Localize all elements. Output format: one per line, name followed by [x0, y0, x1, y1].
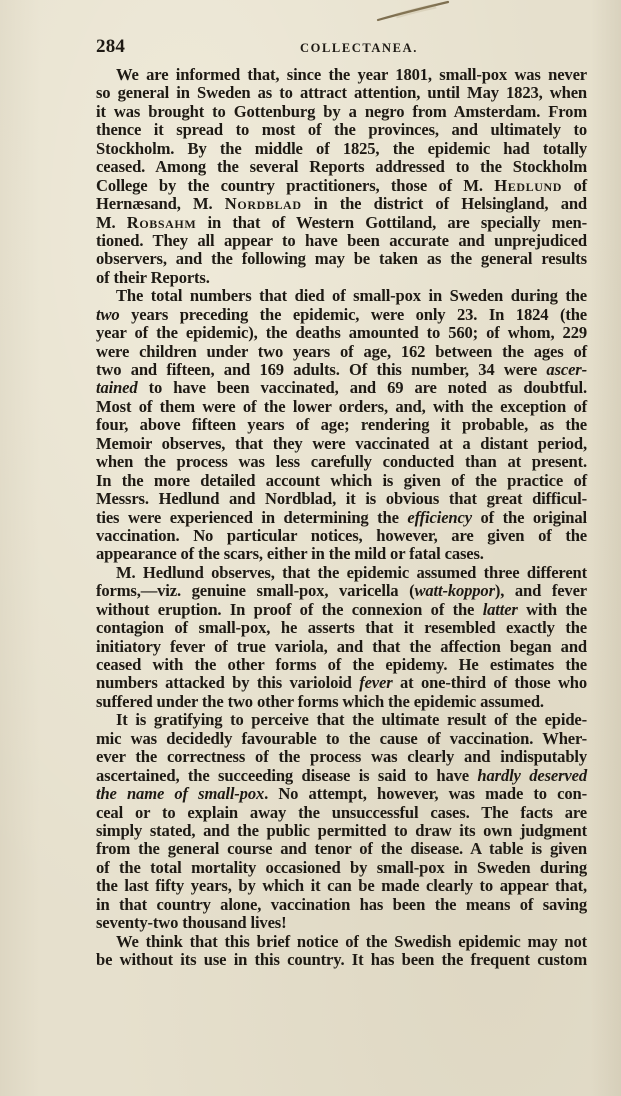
text-line: from the general course and tenor of the…	[96, 840, 587, 858]
author-name: Hedlund	[494, 176, 562, 195]
text-line: the name of small-pox. No attempt, howev…	[96, 785, 587, 803]
text-line: ceal or to explain away the unsuccessful…	[96, 804, 587, 822]
text-line: College by the country practitioners, th…	[96, 177, 587, 195]
text-line: so general in Sweden as to attract atten…	[96, 84, 587, 102]
text-line: seventy-two thousand lives!	[96, 914, 587, 932]
text-line: ceased with the other forms of the epide…	[96, 656, 587, 674]
text-line: two and fifteen, and 169 adults. Of this…	[96, 361, 587, 379]
text-line: of their Reports.	[96, 269, 587, 287]
text-line: ceased. Among the several Reports addres…	[96, 158, 587, 176]
text-line: in that country alone, vaccination has b…	[96, 896, 587, 914]
text-line: be without its use in this country. It h…	[96, 951, 587, 969]
text-line: four, above fifteen years of age; render…	[96, 416, 587, 434]
text-line: observers, and the following may be take…	[96, 250, 587, 268]
text-line: Messrs. Hedlund and Nordblad, it is obvi…	[96, 490, 587, 508]
text-line: contagion of small-pox, he asserts that …	[96, 619, 587, 637]
paragraph-2: The total numbers that died of small-pox…	[96, 287, 587, 564]
text-line: numbers attacked by this varioloid fever…	[96, 674, 587, 692]
book-page: 284 COLLECTANEA. We are informed that, s…	[0, 0, 621, 1096]
text-line: We are informed that, since the year 180…	[96, 66, 587, 84]
author-name: Robsahm	[127, 213, 197, 232]
text-line: We think that this brief notice of the S…	[96, 933, 587, 951]
text-line: ascertained, the succeeding disease is s…	[96, 767, 587, 785]
paragraph-5: We think that this brief notice of the S…	[96, 933, 587, 970]
paragraph-4: It is gratifying to perceive that the ul…	[96, 711, 587, 932]
text-line: M. Hedlund observes, that the epidemic a…	[96, 564, 587, 582]
text-line: ties were experienced in determining the…	[96, 509, 587, 527]
paragraph-3: M. Hedlund observes, that the epidemic a…	[96, 564, 587, 712]
pen-stroke-mark	[376, 0, 456, 24]
text-line: tioned. They all appear to have been acc…	[96, 232, 587, 250]
text-line: In the more detailed account which is gi…	[96, 472, 587, 490]
text-line: it was brought to Gottenburg by a negro …	[96, 103, 587, 121]
text-line: the last fifty years, by which it can be…	[96, 877, 587, 895]
text-line: thence it spread to most of the province…	[96, 121, 587, 139]
text-line: when the process was less carefully cond…	[96, 453, 587, 471]
text-line: two years preceding the epidemic, were o…	[96, 306, 587, 324]
text-line: year of the epidemic), the deaths amount…	[96, 324, 587, 342]
text-line: of the total mortality occasioned by sma…	[96, 859, 587, 877]
text-line: forms,—viz. genuine small-pox, varicella…	[96, 582, 587, 600]
body-text: We are informed that, since the year 180…	[96, 66, 587, 969]
text-line: Stockholm. By the middle of 1825, the ep…	[96, 140, 587, 158]
text-line: ever the correctness of the process was …	[96, 748, 587, 766]
text-line: initiatory fever of true variola, and th…	[96, 638, 587, 656]
text-line: were children under two years of age, 16…	[96, 343, 587, 361]
paragraph-1: We are informed that, since the year 180…	[96, 66, 587, 287]
running-title: COLLECTANEA.	[300, 41, 418, 56]
running-head: 284 COLLECTANEA.	[96, 36, 586, 58]
text-line: vaccination. No particular notices, howe…	[96, 527, 587, 545]
text-line: appearance of the scars, either in the m…	[96, 545, 587, 563]
text-line: simply stated, and the public permitted …	[96, 822, 587, 840]
text-line: tained to have been vaccinated, and 69 a…	[96, 379, 587, 397]
text-line: mic was decidedly favourable to the caus…	[96, 730, 587, 748]
text-line: suffered under the two other forms which…	[96, 693, 587, 711]
author-name: Nordblad	[225, 194, 302, 213]
text-line: Most of them were of the lower orders, a…	[96, 398, 587, 416]
text-line: Hernæsand, M. Nordblad in the district o…	[96, 195, 587, 213]
text-line: without eruption. In proof of the connex…	[96, 601, 587, 619]
text-line: M. Robsahm in that of Western Gottiland,…	[96, 214, 587, 232]
page-number: 284	[96, 36, 125, 58]
text-line: Memoir observes, that they were vaccinat…	[96, 435, 587, 453]
text-line: The total numbers that died of small-pox…	[96, 287, 587, 305]
text-line: It is gratifying to perceive that the ul…	[96, 711, 587, 729]
